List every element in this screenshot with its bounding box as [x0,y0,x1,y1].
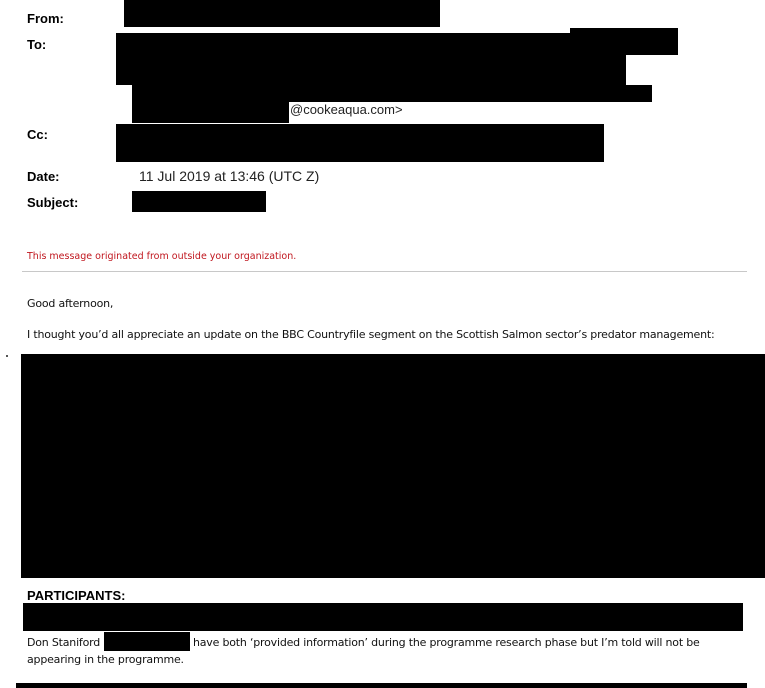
external-sender-warning: This message originated from outside you… [27,251,296,262]
cc-label: Cc: [27,127,48,142]
subject-label: Subject: [27,195,78,210]
to-label: To: [27,37,46,52]
redacted-body-block [21,354,765,578]
participants-heading: PARTICIPANTS: [27,588,125,603]
date-value: 11 Jul 2019 at 13:46 (UTC Z) [139,168,319,184]
greeting: Good afternoon, [27,297,113,310]
redacted-footer-block [16,683,747,688]
participant-name: Don Staniford [27,636,100,649]
redacted-to [116,33,626,85]
intro-paragraph: I thought you’d all appreciate an update… [27,328,715,341]
stray-mark [6,355,8,357]
date-label: Date: [27,169,60,184]
participants-text: have both ‘provided information’ during … [193,636,700,649]
redacted-subject [132,191,266,212]
redacted-participant-name [104,632,190,651]
from-label: From: [27,11,64,26]
participants-text-cont: appearing in the programme. [27,653,184,666]
redacted-from [124,0,440,27]
redacted-to [132,85,652,102]
to-email-domain: @cookeaqua.com> [290,102,403,117]
divider [22,271,747,272]
redacted-cc [116,124,604,162]
redacted-participants [23,603,743,631]
redacted-to [570,28,678,55]
redacted-to [132,101,289,123]
